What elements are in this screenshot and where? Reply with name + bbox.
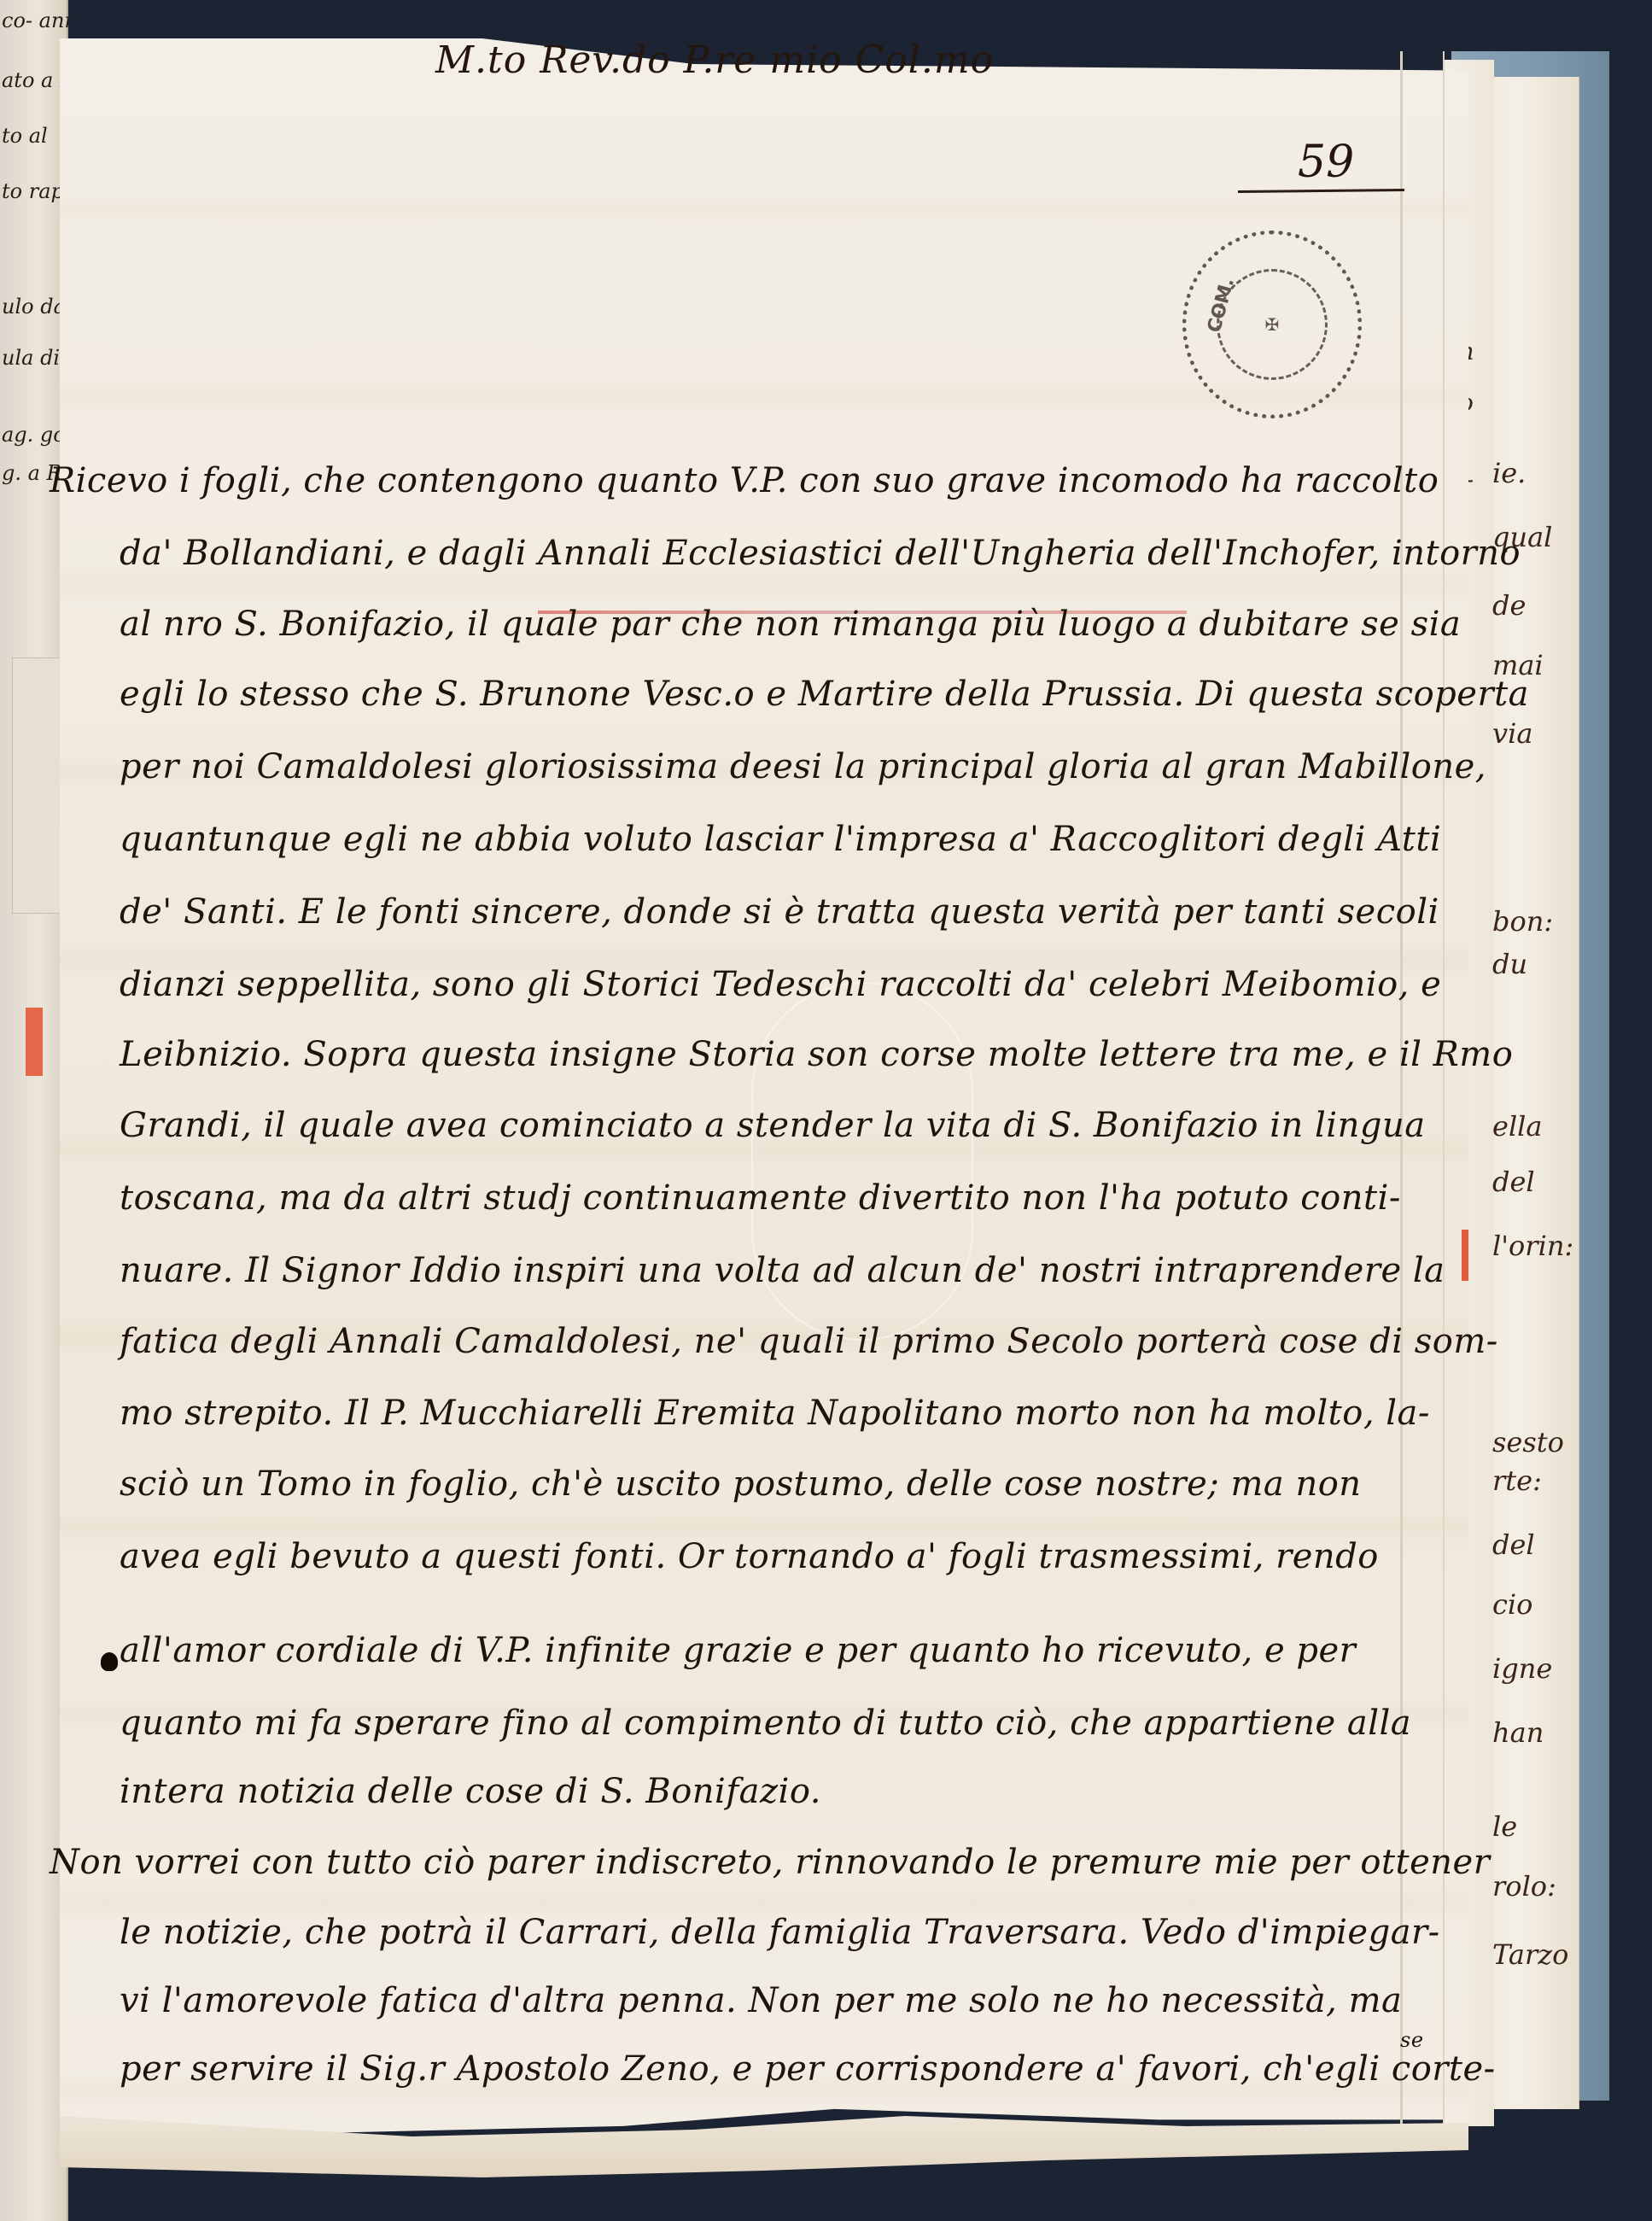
margin-fragment: del xyxy=(1492,1166,1578,1198)
letter-line: al nro S. Bonifazio, il quale par che no… xyxy=(120,605,1461,644)
manuscript-photograph: m io e- ie. qual de mai via bon: du ella… xyxy=(0,0,1652,2221)
letter-line: quantunque egli ne abbia voluto lasciar … xyxy=(120,820,1441,859)
margin-fragment: del xyxy=(1492,1528,1578,1561)
margin-fragment: cio xyxy=(1492,1588,1578,1621)
previous-page-edge: co- anni ato a Ric to al to rapin ulo da… xyxy=(0,0,68,2221)
letter-line: egli lo stesso che S. Brunone Vesc.o e M… xyxy=(120,675,1529,714)
letter-line: da' Bollandiani, e dagli Annali Ecclesia… xyxy=(120,534,1521,573)
margin-fragment: via xyxy=(1492,717,1578,750)
letter-line: fatica degli Annali Camaldolesi, ne' qua… xyxy=(120,1322,1498,1361)
letter-line: Leibnizio. Sopra questa insigne Storia s… xyxy=(120,1035,1513,1074)
red-bookmark-tab xyxy=(26,1008,43,1076)
letter-line: toscana, ma da altri studj continuamente… xyxy=(120,1178,1401,1218)
pasted-note-slip xyxy=(12,658,63,914)
margin-fragment: sesto xyxy=(1492,1426,1578,1458)
letter-line: dianzi seppellita, sono gli Storici Tede… xyxy=(120,965,1441,1004)
margin-fragment: rolo: xyxy=(1492,1870,1578,1902)
letter-line: mo strepito. Il P. Mucchiarelli Eremita … xyxy=(120,1394,1430,1433)
letter-line: intera notizia delle cose di S. Bonifazi… xyxy=(120,1772,821,1811)
library-stamp: ✠ COM. xyxy=(1182,231,1362,418)
margin-fragment: igne xyxy=(1492,1652,1578,1685)
letter-line: all'amor cordiale di V.P. infinite grazi… xyxy=(120,1631,1356,1670)
margin-fragment: du xyxy=(1492,948,1578,980)
fold-crease xyxy=(1443,51,1445,2135)
letter-line: vi l'amorevole fatica d'altra penna. Non… xyxy=(120,1981,1402,2020)
margin-fragment: l'orin: xyxy=(1492,1230,1578,1262)
letter-line: per servire il Sig.r Apostolo Zeno, e pe… xyxy=(120,2049,1496,2089)
fold-crease xyxy=(1400,51,1403,2135)
interlinear-insert: se xyxy=(1400,2028,1424,2052)
salutation-heading: M.to Rev.do P.re mio Col.mo xyxy=(435,38,994,82)
folio-number: 59 xyxy=(1298,137,1354,188)
margin-fragment: ella xyxy=(1492,1110,1578,1143)
letter-line: avea egli bevuto a questi fonti. Or torn… xyxy=(120,1537,1379,1576)
margin-fragment: ie. xyxy=(1492,457,1578,489)
letter-line: quanto mi fa sperare fino al compimento … xyxy=(120,1704,1411,1743)
margin-fragment: Tarzo xyxy=(1492,1938,1578,1971)
letter-line: de' Santi. E le fonti sincere, donde si … xyxy=(120,892,1439,932)
letter-line: Non vorrei con tutto ciò parer indiscret… xyxy=(50,1843,1490,1882)
letter-line: per noi Camaldolesi gloriosissima deesi … xyxy=(120,747,1486,786)
letter-line: nuare. Il Signor Iddio inspiri una volta… xyxy=(120,1251,1445,1290)
letter-line: sciò un Tomo in foglio, ch'è uscito post… xyxy=(120,1464,1362,1504)
red-pencil-mark xyxy=(1462,1230,1468,1281)
margin-fragment: bon: xyxy=(1492,905,1578,938)
left-page-fragment: co- anni xyxy=(2,9,70,32)
margin-fragment: de xyxy=(1492,589,1578,622)
margin-fragment: rte: xyxy=(1492,1464,1578,1497)
margin-fragment: le xyxy=(1492,1810,1578,1843)
letter-line: le notizie, che potrà il Carrari, della … xyxy=(120,1913,1440,1952)
letter-line: Grandi, il quale avea cominciato a stend… xyxy=(120,1106,1426,1145)
margin-fragment: han xyxy=(1492,1716,1578,1749)
letter-line: Ricevo i fogli, che contengono quanto V.… xyxy=(50,461,1439,500)
ink-blot xyxy=(101,1652,118,1671)
